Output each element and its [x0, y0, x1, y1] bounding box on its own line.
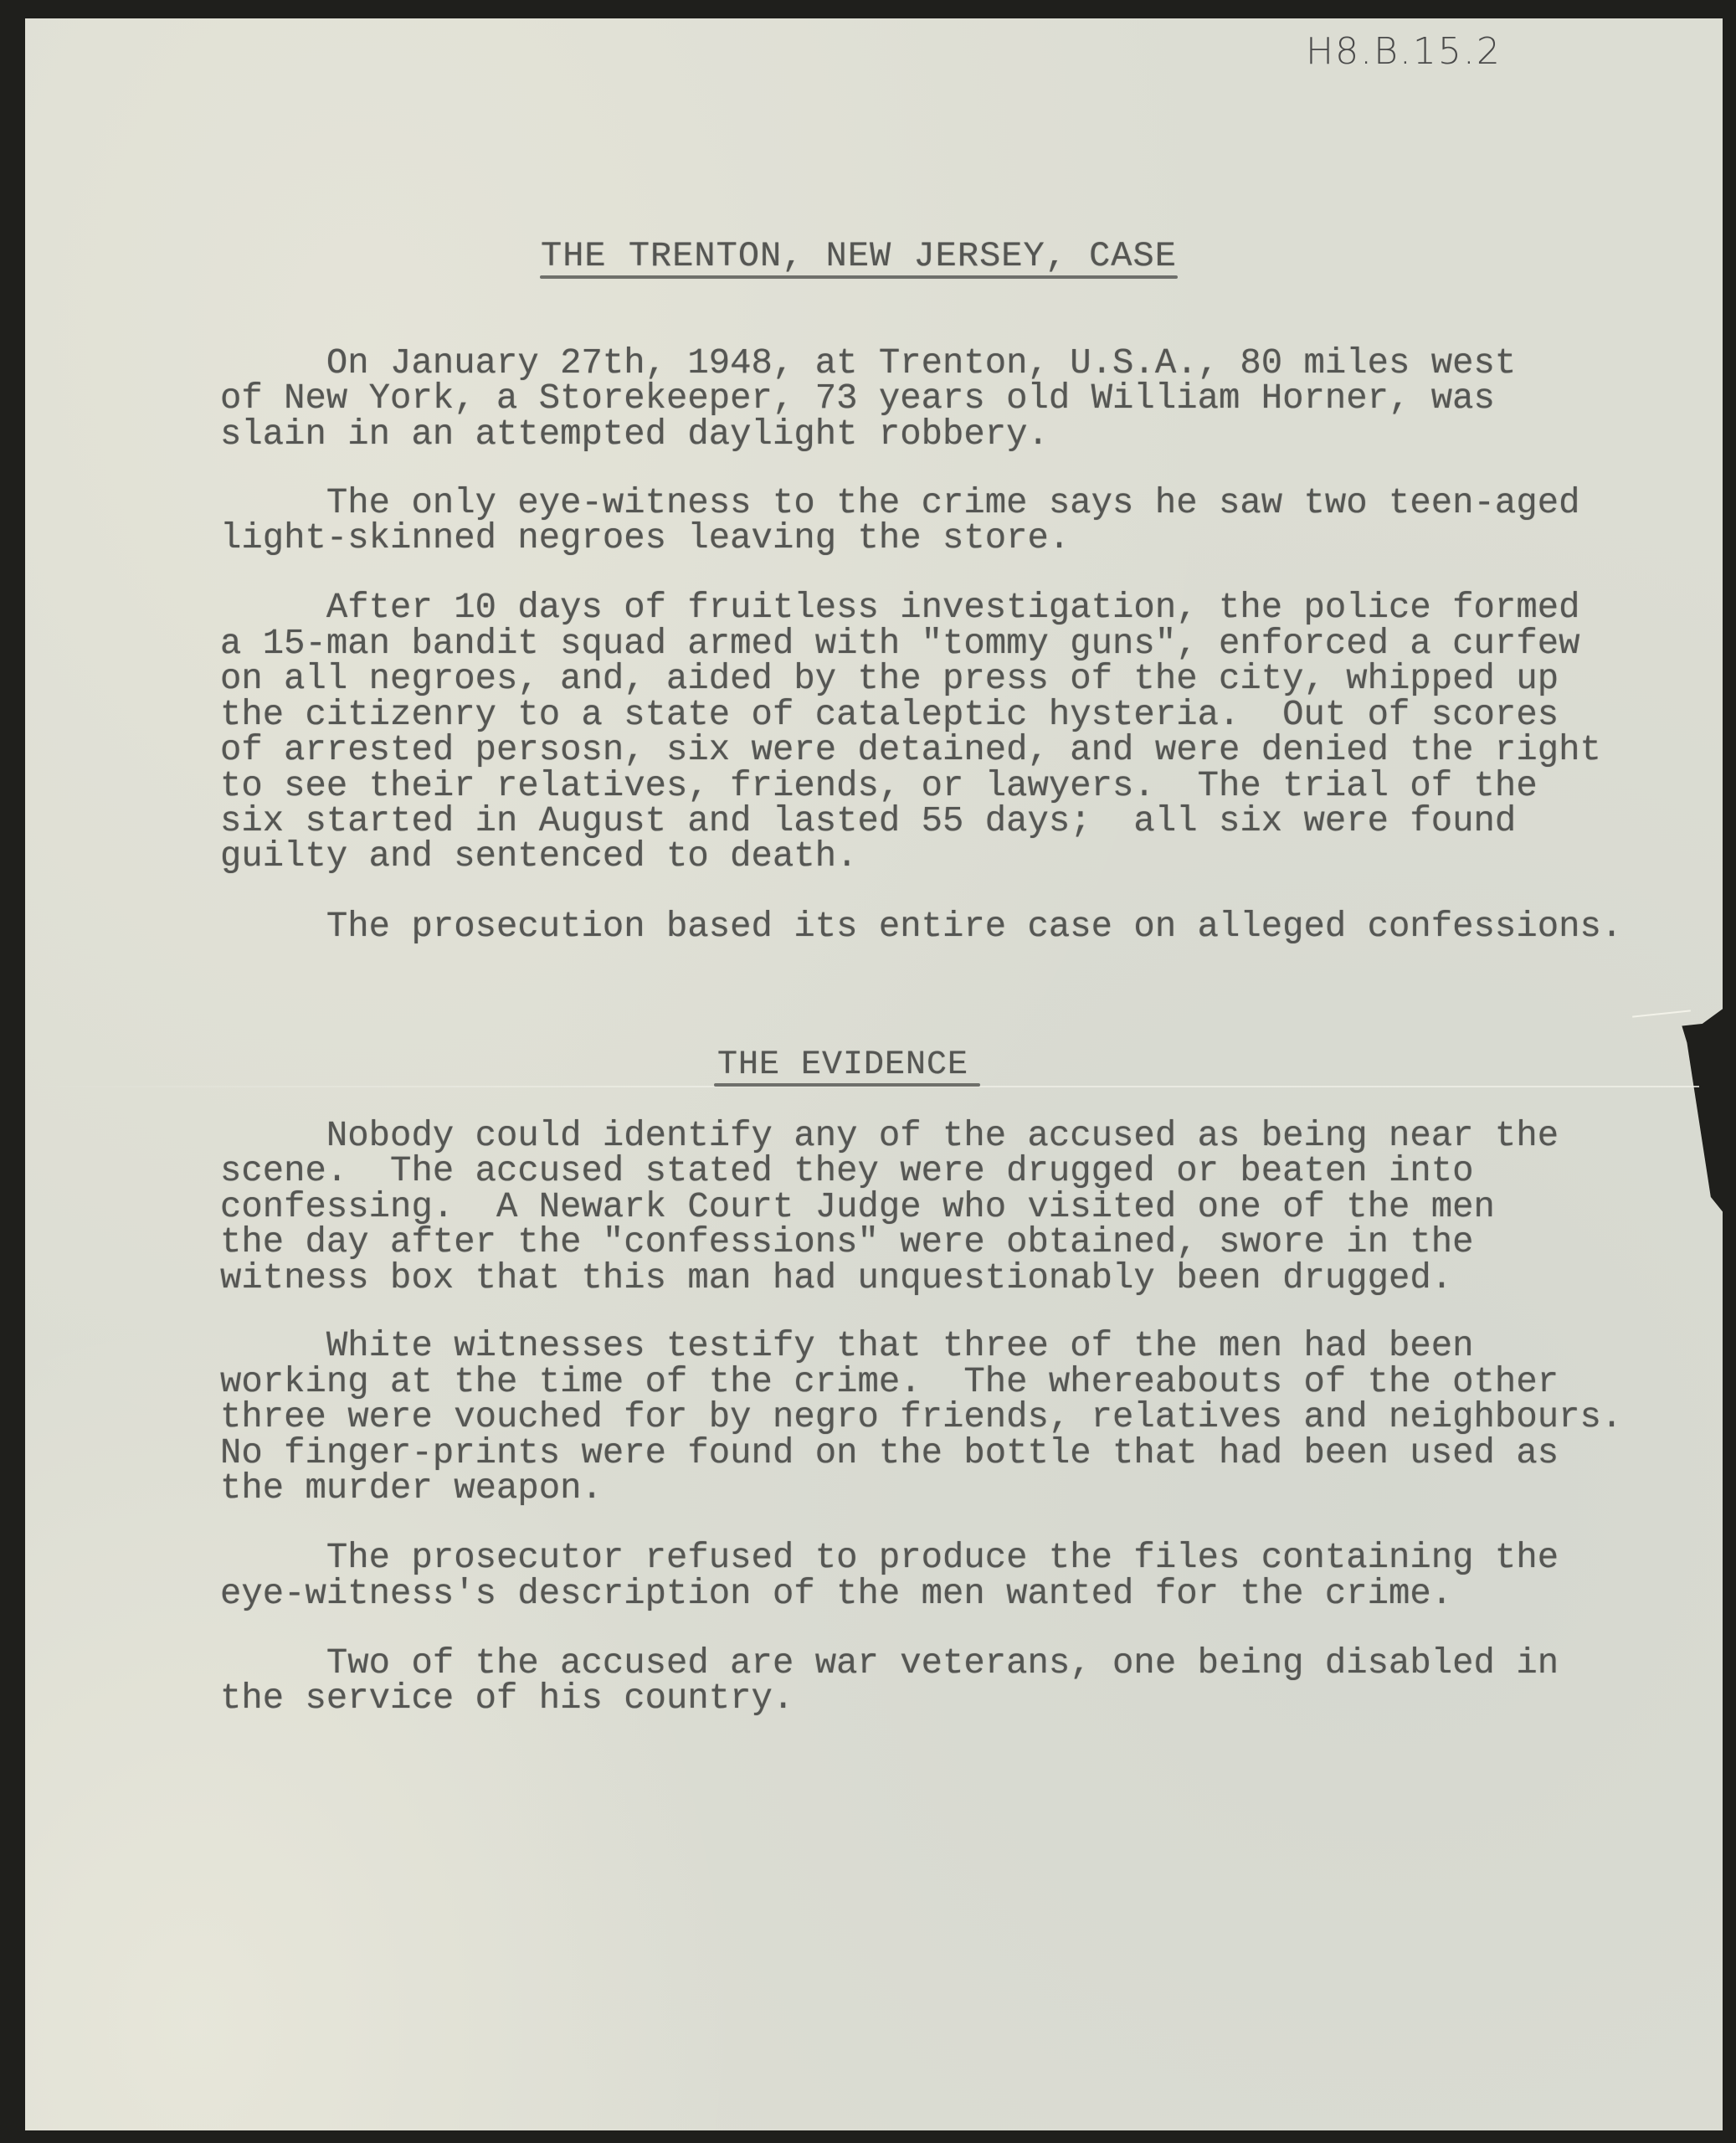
- paragraph-6-line-3: three were vouched for by negro friends,…: [220, 1400, 1622, 1436]
- paragraph-4-line-1: The prosecution based its entire case on…: [220, 909, 1622, 945]
- paragraph-8-line-1: Two of the accused are war veterans, one…: [220, 1646, 1559, 1682]
- paragraph-6-line-2: working at the time of the crime. The wh…: [220, 1364, 1559, 1400]
- paragraph-7-line-1: The prosecutor refused to produce the fi…: [220, 1540, 1559, 1576]
- paragraph-6-line-1: White witnesses testify that three of th…: [220, 1328, 1474, 1364]
- archive-reference-mark: H8.B.15.2: [1306, 30, 1502, 73]
- paragraph-1-line-3: slain in an attempted daylight robbery.: [220, 417, 1049, 453]
- paragraph-7-line-2: eye-witness's description of the men wan…: [220, 1576, 1452, 1612]
- title-underline: [540, 275, 1178, 279]
- paragraph-2-line-2: light-skinned negroes leaving the store.: [220, 521, 1070, 557]
- paragraph-3-line-2: a 15-man bandit squad armed with "tommy …: [220, 626, 1579, 662]
- paragraph-1-line-1: On January 27th, 1948, at Trenton, U.S.A…: [220, 346, 1516, 382]
- paragraph-3-line-5: of arrested persosn, six were detained, …: [220, 732, 1601, 768]
- paragraph-5-line-2: scene. The accused stated they were drug…: [220, 1154, 1474, 1190]
- section-heading-evidence: THE EVIDENCE: [717, 1046, 968, 1084]
- paragraph-1-line-2: of New York, a Storekeeper, 73 years old…: [220, 381, 1495, 417]
- paragraph-8-line-2: the service of his country.: [220, 1681, 794, 1717]
- section-evidence: Nobody could identify any of the accused…: [220, 0, 263, 763]
- paragraph-3-line-7: six started in August and lasted 55 days…: [220, 804, 1516, 840]
- document-title: THE TRENTON, NEW JERSEY, CASE: [541, 236, 1177, 276]
- paragraph-5-line-4: the day after the "confessions" were obt…: [220, 1225, 1474, 1261]
- paragraph-6-line-4: No finger-prints were found on the bottl…: [220, 1436, 1559, 1472]
- paragraph-6-line-5: the murder weapon.: [220, 1471, 603, 1507]
- evidence-heading-underline: [714, 1083, 980, 1087]
- paragraph-3-line-6: to see their relatives, friends, or lawy…: [220, 768, 1538, 804]
- paragraph-3-line-8: guilty and sentenced to death.: [220, 839, 857, 875]
- paragraph-3-line-4: the citizenry to a state of cataleptic h…: [220, 697, 1559, 733]
- paragraph-3-line-3: on all negroes, and, aided by the press …: [220, 661, 1559, 697]
- paragraph-5-line-1: Nobody could identify any of the accused…: [220, 1118, 1559, 1154]
- paragraph-5-line-3: confessing. A Newark Court Judge who vis…: [220, 1190, 1495, 1226]
- paragraph-2-line-1: The only eye-witness to the crime says h…: [220, 486, 1579, 522]
- paragraph-3-line-1: After 10 days of fruitless investigation…: [220, 590, 1579, 626]
- paragraph-5-line-5: witness box that this man had unquestion…: [220, 1261, 1452, 1297]
